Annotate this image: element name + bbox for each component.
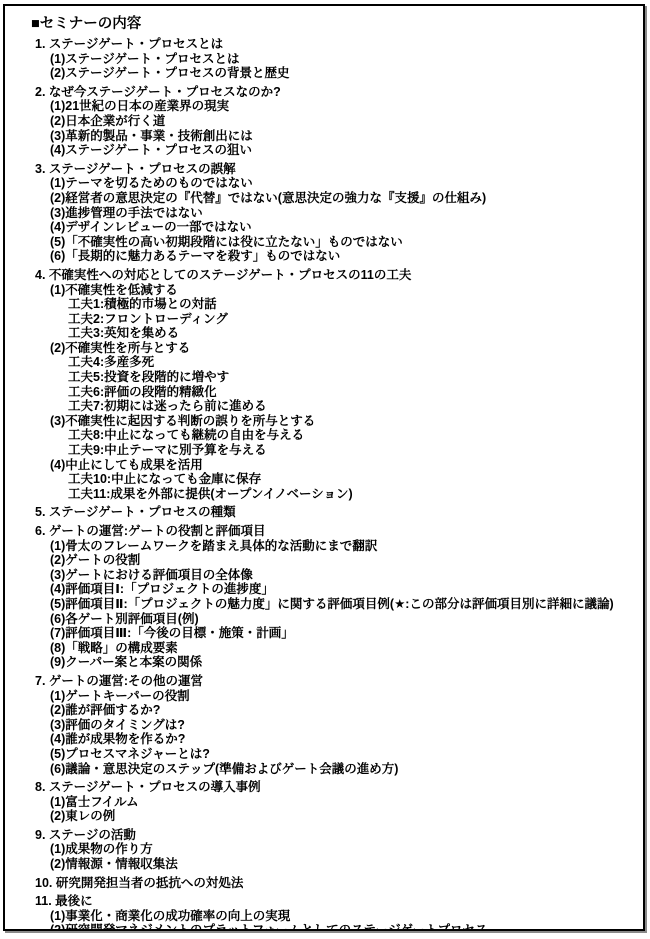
outline-section: 1. ステージゲート・プロセスとは(1)ステージゲート・プロセスとは(2)ステー… bbox=[5, 37, 643, 81]
section-heading: 3. ステージゲート・プロセスの誤解 bbox=[5, 162, 643, 177]
document-title: ■セミナーの内容 bbox=[31, 15, 643, 33]
outline-detail-item: 工夫1:積極的市場との対話 bbox=[5, 297, 643, 312]
section-heading: 6. ゲートの運営:ゲートの役割と評価項目 bbox=[5, 524, 643, 539]
outline-detail-item: 工夫7:初期には迷ったら前に進める bbox=[5, 399, 643, 414]
document-frame: ■セミナーの内容 1. ステージゲート・プロセスとは(1)ステージゲート・プロセ… bbox=[3, 4, 645, 931]
outline-section: 7. ゲートの運営:その他の運営(1)ゲートキーパーの役割(2)誰が評価するか?… bbox=[5, 674, 643, 776]
outline-detail-item: 工夫2:フロントローディング bbox=[5, 312, 643, 327]
section-heading: 8. ステージゲート・プロセスの導入事例 bbox=[5, 780, 643, 795]
outline-subitem: (1)骨太のフレームワークを踏まえ具体的な活動にまで翻訳 bbox=[5, 539, 643, 554]
outline-detail-item: 工夫9:中止テーマに別予算を与える bbox=[5, 443, 643, 458]
outline-subitem: (1)テーマを切るためのものではない bbox=[5, 176, 643, 191]
outline-subitem: (5)「不確実性の高い初期段階には役に立たない」ものではない bbox=[5, 235, 643, 250]
outline-subitem: (2)不確実性を所与とする bbox=[5, 341, 643, 356]
outline-detail-item: 工夫4:多産多死 bbox=[5, 355, 643, 370]
outline-section: 2. なぜ今ステージゲート・プロセスなのか?(1)21世紀の日本の産業界の現実(… bbox=[5, 85, 643, 158]
outline-subitem: (4)ステージゲート・プロセスの狙い bbox=[5, 143, 643, 158]
outline-section: 9. ステージの活動(1)成果物の作り方(2)情報源・情報収集法 bbox=[5, 828, 643, 872]
outline-subitem: (9)クーパー案と本案の関係 bbox=[5, 655, 643, 670]
outline-detail-item: 工夫8:中止になっても継続の自由を与える bbox=[5, 428, 643, 443]
outline-subitem: (2)研究開発マネジメントのプラットフォームとしてのステージゲートプロセス bbox=[5, 923, 643, 931]
outline-subitem: (3)評価のタイミングは? bbox=[5, 718, 643, 733]
outline-detail-item: 工夫3:英知を集める bbox=[5, 326, 643, 341]
outline-subitem: (8)「戦略」の構成要素 bbox=[5, 641, 643, 656]
outline-subitem: (5)プロセスマネジャーとは? bbox=[5, 747, 643, 762]
outline-subitem: (3)進捗管理の手法ではない bbox=[5, 206, 643, 221]
outline-subitem: (4)デザインレビューの一部ではない bbox=[5, 220, 643, 235]
outline-section: 5. ステージゲート・プロセスの種類 bbox=[5, 505, 643, 520]
outline-section: 3. ステージゲート・プロセスの誤解(1)テーマを切るためのものではない(2)経… bbox=[5, 162, 643, 264]
outline-subitem: (1)事業化・商業化の成功確率の向上の実現 bbox=[5, 909, 643, 924]
outline-subitem: (2)経営者の意思決定の『代替』ではない(意思決定の強力な『支援』の仕組み) bbox=[5, 191, 643, 206]
outline-subitem: (1)ゲートキーパーの役割 bbox=[5, 689, 643, 704]
outline-subitem: (1)富士フイルム bbox=[5, 795, 643, 810]
outline-subitem: (2)誰が評価するか? bbox=[5, 703, 643, 718]
outline-detail-item: 工夫11:成果を外部に提供(オープンイノベーション) bbox=[5, 487, 643, 502]
outline-subitem: (2)日本企業が行く道 bbox=[5, 114, 643, 129]
outline-detail-item: 工夫10:中止になっても金庫に保存 bbox=[5, 472, 643, 487]
outline-subitem: (4)評価項目Ⅰ:「プロジェクトの進捗度」 bbox=[5, 582, 643, 597]
outline-subitem: (2)ゲートの役割 bbox=[5, 553, 643, 568]
outline-subitem: (1)21世紀の日本の産業界の現実 bbox=[5, 99, 643, 114]
outline-subitem: (2)情報源・情報収集法 bbox=[5, 857, 643, 872]
section-heading: 9. ステージの活動 bbox=[5, 828, 643, 843]
outline-subitem: (2)ステージゲート・プロセスの背景と歴史 bbox=[5, 66, 643, 81]
section-heading: 1. ステージゲート・プロセスとは bbox=[5, 37, 643, 52]
outline-subitem: (4)中止にしても成果を活用 bbox=[5, 458, 643, 473]
outline-section: 8. ステージゲート・プロセスの導入事例(1)富士フイルム(2)東レの例 bbox=[5, 780, 643, 824]
outline-section: 4. 不確実性への対応としてのステージゲート・プロセスの11の工夫(1)不確実性… bbox=[5, 268, 643, 502]
outline-subitem: (6)各ゲート別評価項目(例) bbox=[5, 612, 643, 627]
outline-section: 10. 研究開発担当者の抵抗への対処法 bbox=[5, 876, 643, 891]
section-heading: 5. ステージゲート・プロセスの種類 bbox=[5, 505, 643, 520]
section-heading: 7. ゲートの運営:その他の運営 bbox=[5, 674, 643, 689]
outline-subitem: (1)成果物の作り方 bbox=[5, 842, 643, 857]
outline-subitem: (6)「長期的に魅力あるテーマを殺す」ものではない bbox=[5, 249, 643, 264]
section-heading: 11. 最後に bbox=[5, 894, 643, 909]
section-heading: 2. なぜ今ステージゲート・プロセスなのか? bbox=[5, 85, 643, 100]
outline-subitem: (2)東レの例 bbox=[5, 809, 643, 824]
outline-subitem: (6)議論・意思決定のステップ(準備およびゲート会議の進め方) bbox=[5, 762, 643, 777]
outline-subitem: (3)革新的製品・事業・技術創出には bbox=[5, 129, 643, 144]
outline-section: 6. ゲートの運営:ゲートの役割と評価項目(1)骨太のフレームワークを踏まえ具体… bbox=[5, 524, 643, 670]
outline: 1. ステージゲート・プロセスとは(1)ステージゲート・プロセスとは(2)ステー… bbox=[5, 37, 643, 931]
outline-subitem: (5)評価項目Ⅱ:「プロジェクトの魅力度」に関する評価項目例(★:この部分は評価… bbox=[5, 597, 643, 612]
outline-subitem: (1)ステージゲート・プロセスとは bbox=[5, 52, 643, 67]
outline-subitem: (1)不確実性を低減する bbox=[5, 283, 643, 298]
outline-detail-item: 工夫6:評価の段階的精緻化 bbox=[5, 385, 643, 400]
section-heading: 4. 不確実性への対応としてのステージゲート・プロセスの11の工夫 bbox=[5, 268, 643, 283]
outline-subitem: (7)評価項目Ⅲ:「今後の目標・施策・計画」 bbox=[5, 626, 643, 641]
outline-subitem: (4)誰が成果物を作るか? bbox=[5, 732, 643, 747]
section-heading: 10. 研究開発担当者の抵抗への対処法 bbox=[5, 876, 643, 891]
outline-subitem: (3)不確実性に起因する判断の誤りを所与とする bbox=[5, 414, 643, 429]
outline-subitem: (3)ゲートにおける評価項目の全体像 bbox=[5, 568, 643, 583]
outline-section: 11. 最後に(1)事業化・商業化の成功確率の向上の実現(2)研究開発マネジメン… bbox=[5, 894, 643, 931]
outline-detail-item: 工夫5:投資を段階的に増やす bbox=[5, 370, 643, 385]
